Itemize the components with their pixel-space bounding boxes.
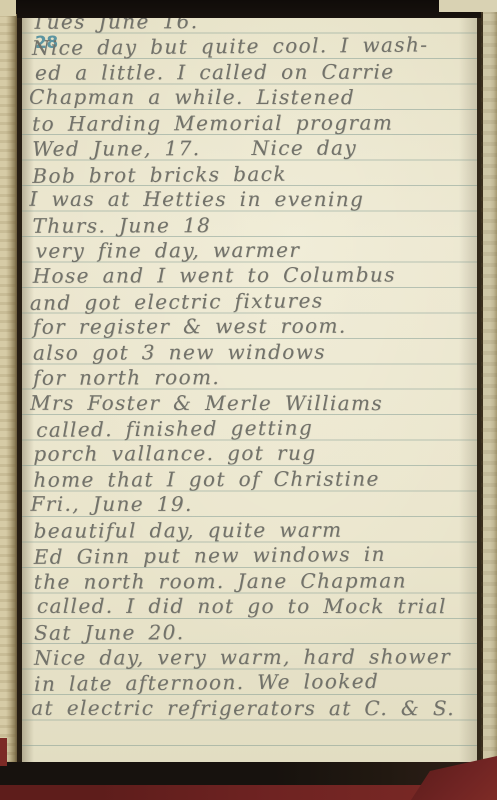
diary-line: Chapman a while. Listened [21, 84, 476, 110]
book-cover-left-sliver [0, 738, 7, 766]
diary-line: beautiful day, quite warm [23, 516, 478, 543]
diary-line: Nice day but quite cool. I wash- [21, 31, 476, 60]
top-right-paper-corner [439, 0, 497, 12]
diary-line: Thurs. June 18 [21, 211, 476, 238]
diary-line: porch vallance. got rug [22, 440, 477, 467]
diary-line: called. I did not go to Mock trial [23, 593, 478, 619]
page-bottom-shadow [0, 762, 497, 785]
handwritten-text: Tues June 16. Nice day but quite cool. I… [21, 18, 478, 721]
diary-line: the north room. Jane Chapman [23, 567, 478, 594]
diary-line: Hose and I went to Columbus [22, 262, 477, 289]
diary-line: Fri., June 19. [22, 491, 477, 517]
diary-line: home that I got of Christine [22, 465, 477, 492]
diary-line: for north room. [22, 363, 477, 390]
diary-line: Sat June 20. [23, 618, 478, 645]
diary-line: Ed Ginn put new windows in [23, 540, 478, 569]
diary-line: also got 3 new windows [22, 338, 477, 365]
diary-photo: 28 Tues June 16. Nice day but quite cool… [0, 0, 497, 800]
diary-line: Nice day, very warm, hard shower [23, 643, 478, 670]
diary-line: Mrs Foster & Merle Williams [22, 389, 477, 415]
diary-line: ed a little. I called on Carrie [21, 58, 476, 85]
left-page-edges [0, 14, 17, 770]
diary-line: I was at Hetties in evening [21, 186, 476, 212]
diary-line: Bob brot bricks back [21, 159, 476, 188]
diary-line: in late afternoon. We looked [23, 667, 478, 696]
diary-line: at electric refrigerators at C. & S. [23, 695, 478, 721]
diary-line: for register & west room. [22, 312, 477, 339]
diary-line: and got electric fixtures [22, 286, 477, 315]
diary-line: to Harding Memorial program [21, 109, 476, 136]
diary-line: called. finished getting [22, 413, 477, 442]
right-page-edges [481, 10, 497, 774]
diary-line: very fine day, warmer [22, 236, 477, 263]
notebook-page: 28 Tues June 16. Nice day but quite cool… [17, 18, 481, 764]
top-left-paper-corner [0, 0, 16, 16]
diary-line: Wed June, 17. Nice day [21, 134, 476, 161]
